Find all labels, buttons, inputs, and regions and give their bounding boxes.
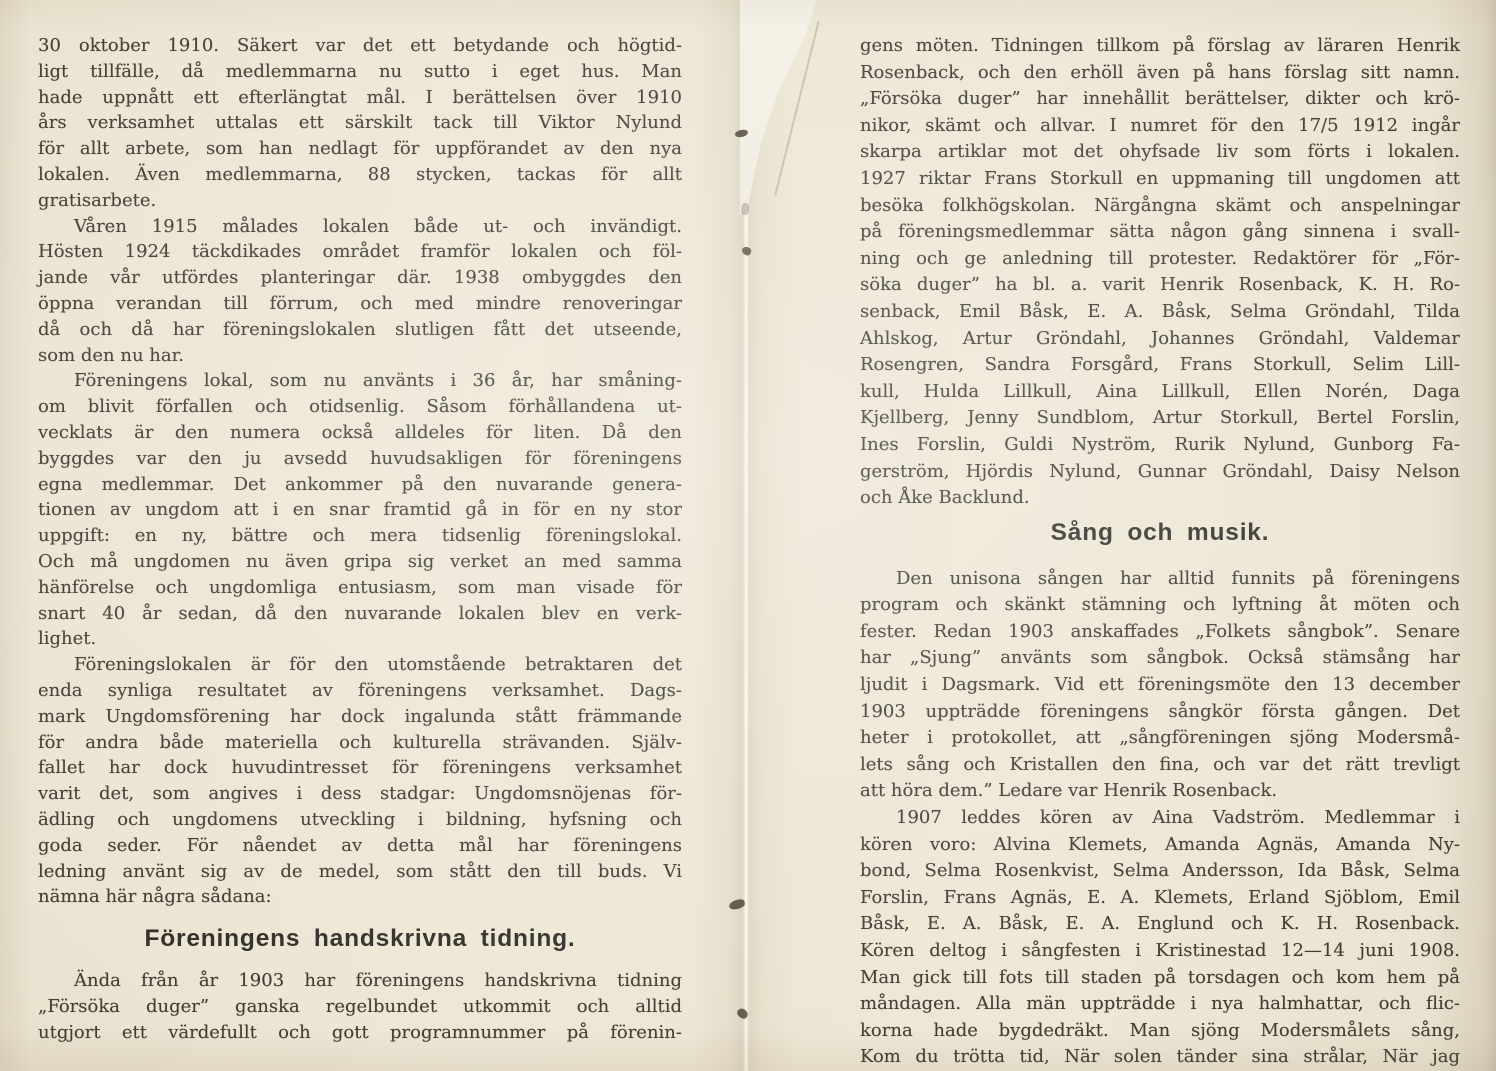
section-heading: Föreningens handskrivna tidning. — [38, 925, 682, 953]
text-line: Och må ungdomen nu även gripa sig verket… — [38, 549, 682, 575]
text-line: lets sång och Kristallen den fina, och v… — [860, 752, 1460, 779]
staple-mark — [736, 1007, 750, 1020]
text-line: goda seder. För nåendet av detta mål har… — [38, 833, 682, 859]
text-line: lighet. — [38, 626, 682, 652]
text-line: „Försöka duger” har innehållit berättels… — [860, 86, 1460, 113]
paragraph: 30 oktober 1910. Säkert var det ett bety… — [38, 33, 682, 214]
text-line: nämna här några sådana: — [38, 884, 682, 910]
text-line: hade uppnått ett efterlängtat mål. I ber… — [38, 85, 682, 111]
paragraph: Föreningens lokal, som nu använts i 36 å… — [38, 368, 682, 652]
text-line: 1927 riktar Frans Storkull en uppmaning … — [860, 166, 1460, 193]
paragraph: Ända från år 1903 har föreningens handsk… — [38, 968, 682, 1045]
text-line: ädling och ungdomens utveckling i bildni… — [38, 807, 682, 833]
text-line: har „Sjung” använts som sångbok. Också s… — [860, 645, 1460, 672]
text-line: Kom du trötta tid, När solen tänder sina… — [860, 1044, 1460, 1071]
book-spread-scan: 30 oktober 1910. Säkert var det ett bety… — [0, 0, 1496, 1071]
text-line: uppgift: en ny, bättre och mera tidsenli… — [38, 523, 682, 549]
text-line: kull, Hulda Lillkull, Aina Lillkull, Ell… — [860, 379, 1460, 406]
text-line: för allt arbete, som han nedlagt för upp… — [38, 136, 682, 162]
text-line: fester. Redan 1903 anskaffades „Folkets … — [860, 619, 1460, 646]
paragraph: Föreningslokalen är för den utomstående … — [38, 652, 682, 910]
text-line: Rosenback, och den erhöll även på hans f… — [860, 60, 1460, 87]
text-line: öppna verandan till förrum, och med mind… — [38, 291, 682, 317]
text-line: besöka folkhögskolan. Närgångna skämt oc… — [860, 193, 1460, 220]
text-line: „Försöka duger” ganska regelbundet utkom… — [38, 994, 682, 1020]
text-line: 30 oktober 1910. Säkert var det ett bety… — [38, 33, 682, 59]
paragraph: 1907 leddes kören av Aina Vadström. Medl… — [860, 805, 1460, 1071]
text-line: varit det, som angives i dess stadgar: U… — [38, 781, 682, 807]
text-line: Man gick till fots till staden på torsda… — [860, 965, 1460, 992]
text-line: gratisarbete. — [38, 188, 682, 214]
text-line: måndagen. Alla män uppträdde i nya halmh… — [860, 991, 1460, 1018]
staple-mark — [735, 129, 749, 138]
text-line: 1907 leddes kören av Aina Vadström. Medl… — [860, 805, 1460, 832]
text-line: skarpa artiklar mot det ohyfsade liv som… — [860, 139, 1460, 166]
text-line: ning och ge anledning till protester. Re… — [860, 246, 1460, 273]
text-line: heter i protokollet, att „sångföreningen… — [860, 725, 1460, 752]
page-left-text-column: 30 oktober 1910. Säkert var det ett bety… — [38, 33, 682, 1045]
text-line: Forslin, Frans Agnäs, E. A. Klemets, Erl… — [860, 885, 1460, 912]
crease-line — [774, 20, 819, 195]
text-line: jande vår utfördes planteringar där. 193… — [38, 265, 682, 291]
text-line: hänförelse och ungdomliga entusiasm, som… — [38, 575, 682, 601]
text-line: Föreningslokalen är för den utomstående … — [38, 652, 682, 678]
text-line: söka duger” ha bl. a. varit Henrik Rosen… — [860, 272, 1460, 299]
text-line: Den unisona sången har alltid funnits på… — [860, 566, 1460, 593]
text-line: ledning använt sig av de medel, som ståt… — [38, 859, 682, 885]
staple-mark — [741, 203, 750, 216]
text-line: Kören deltog i sångfesten i Kristinestad… — [860, 938, 1460, 965]
text-line: korna hade bygdedräkt. Man sjöng Modersm… — [860, 1018, 1460, 1045]
text-line: program och skänkt stämning och lyftning… — [860, 592, 1460, 619]
text-line: och Åke Backlund. — [860, 485, 1460, 512]
text-line: Ända från år 1903 har föreningens handsk… — [38, 968, 682, 994]
text-line: Ines Forslin, Guldi Nyström, Rurik Nylun… — [860, 432, 1460, 459]
text-line: 1903 uppträdde föreningens sångkör först… — [860, 699, 1460, 726]
staple-mark — [728, 898, 746, 911]
text-line: Båsk, E. A. Båsk, E. A. Englund och K. H… — [860, 911, 1460, 938]
text-line: Rosengren, Sandra Forsgård, Frans Storku… — [860, 352, 1460, 379]
text-line: Våren 1915 målades lokalen både ut- och … — [38, 214, 682, 240]
text-line: om blivit förfallen och otidsenlig. Såso… — [38, 394, 682, 420]
text-line: egna medlemmar. Det ankommer på den nuva… — [38, 472, 682, 498]
text-line: mark Ungdomsförening har dock ingalunda … — [38, 704, 682, 730]
text-line: enda synliga resultatet av föreningens v… — [38, 678, 682, 704]
text-line: Ahlskog, Artur Gröndahl, Johannes Grönda… — [860, 326, 1460, 353]
text-line: nikor, skämt och allvar. I numret för de… — [860, 113, 1460, 140]
center-fold-crease — [694, 0, 798, 1071]
text-line: tionen av ungdom att i en snar framtid g… — [38, 497, 682, 523]
paragraph: gens möten. Tidningen tillkom på förslag… — [860, 33, 1460, 512]
text-line: ligt tillfälle, då medlemmarna nu sutto … — [38, 59, 682, 85]
text-line: ljudit i Dagsmark. Vid ett föreningsmöte… — [860, 672, 1460, 699]
text-line: bond, Selma Rosenkvist, Selma Andersson,… — [860, 858, 1460, 885]
staple-mark — [741, 246, 752, 257]
text-line: byggdes var den ju avsedd huvudsakligen … — [38, 446, 682, 472]
paragraph: Våren 1915 målades lokalen både ut- och … — [38, 214, 682, 369]
text-line: kören voro: Alvina Klemets, Amanda Agnäs… — [860, 832, 1460, 859]
torn-paper-patch — [740, 0, 818, 215]
text-line: för andra både materiella och kulturella… — [38, 730, 682, 756]
text-line: Hösten 1924 täckdikades området framför … — [38, 239, 682, 265]
text-line: gerström, Hjördis Nylund, Gunnar Gröndah… — [860, 459, 1460, 486]
section-heading: Sång och musik. — [860, 519, 1460, 547]
text-line: snart 40 år sedan, då den nuvarande loka… — [38, 601, 682, 627]
text-line: Kjellberg, Jenny Sundblom, Artur Storkul… — [860, 405, 1460, 432]
text-line: på föreningsmedlemmar sätta någon gång s… — [860, 219, 1460, 246]
text-line: fallet har dock huvudintresset för fören… — [38, 755, 682, 781]
text-line: vecklats är den numera också alldeles fö… — [38, 420, 682, 446]
text-line: Föreningens lokal, som nu använts i 36 å… — [38, 368, 682, 394]
text-line: lokalen. Även medlemmarna, 88 stycken, t… — [38, 162, 682, 188]
text-line: utgjort ett värdefullt och gott programn… — [38, 1020, 682, 1046]
text-line: senback, Emil Båsk, E. A. Båsk, Selma Gr… — [860, 299, 1460, 326]
text-line: gens möten. Tidningen tillkom på förslag… — [860, 33, 1460, 60]
text-line: års verksamhet uttalas ett särskilt tack… — [38, 110, 682, 136]
text-line: då och då har föreningslokalen slutligen… — [38, 317, 682, 343]
text-line: som den nu har. — [38, 343, 682, 369]
text-line: att höra dem.” Ledare var Henrik Rosenba… — [860, 778, 1460, 805]
page-right-text-column: gens möten. Tidningen tillkom på förslag… — [860, 33, 1460, 1071]
paragraph: Den unisona sången har alltid funnits på… — [860, 566, 1460, 805]
